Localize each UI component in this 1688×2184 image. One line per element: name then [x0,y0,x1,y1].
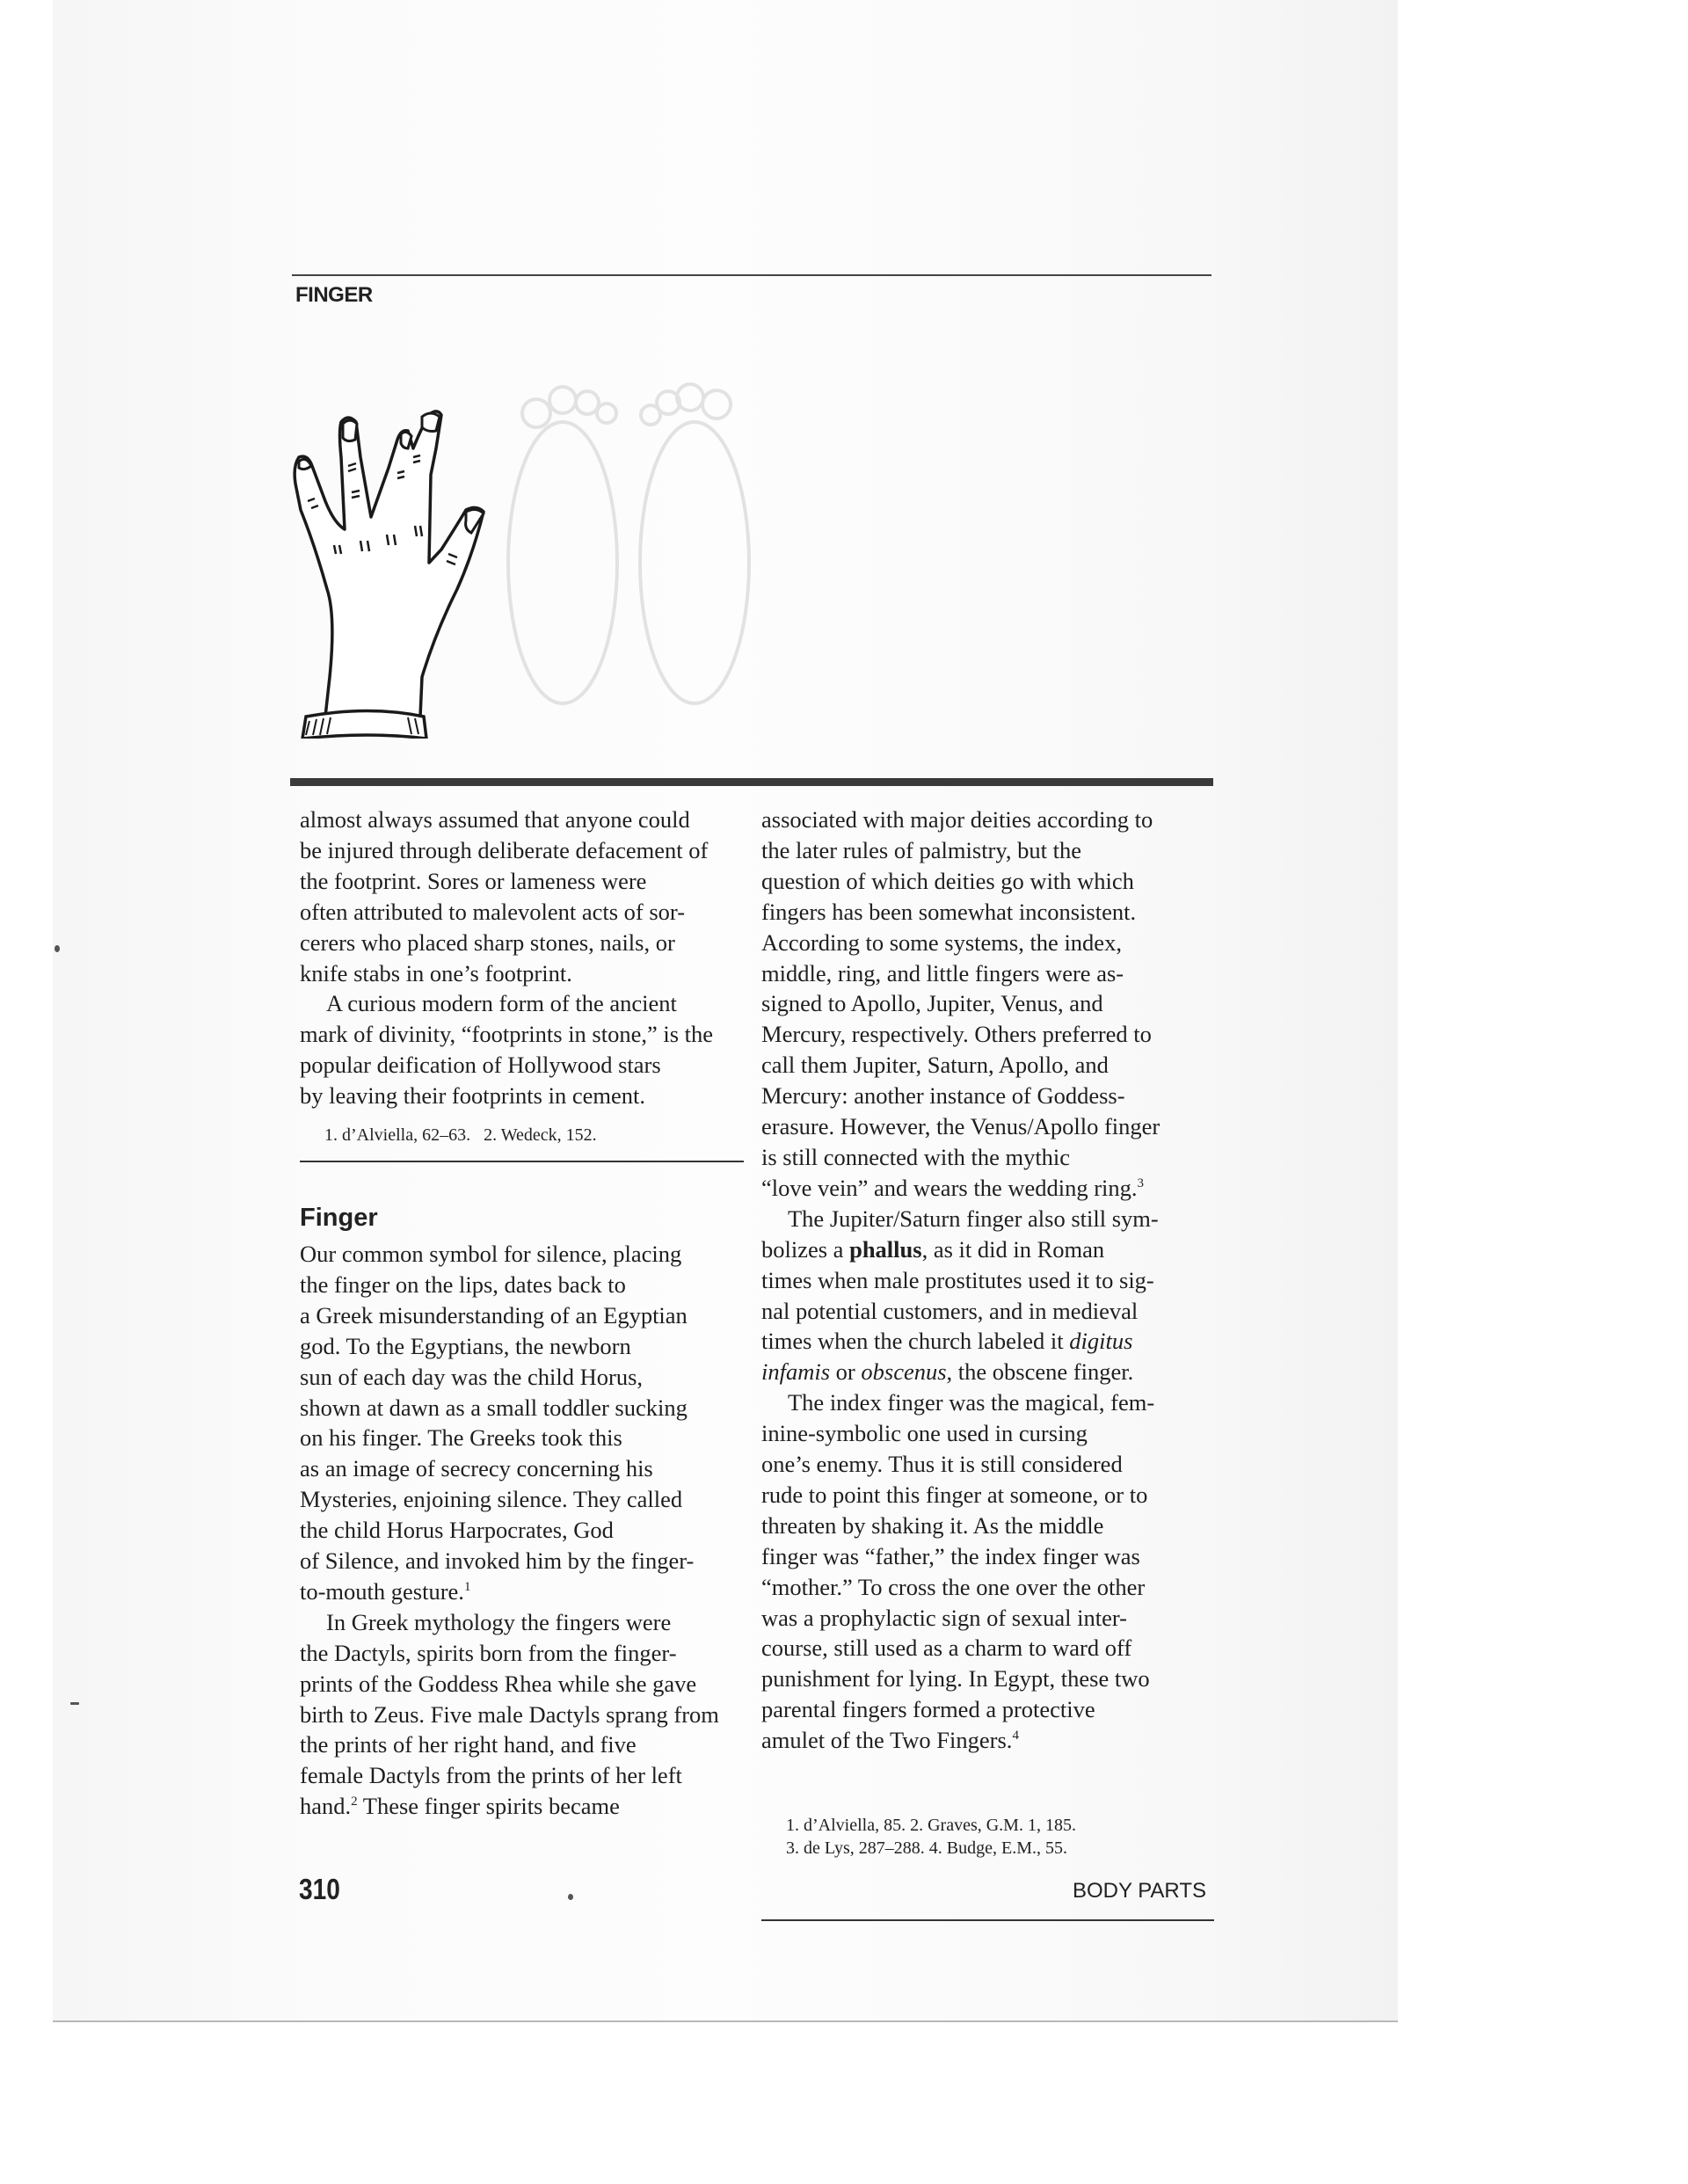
text-line: amulet of the Two Fingers.4 [761,1725,1214,1756]
text-line: as an image of secrecy concerning his [300,1453,744,1484]
scan-speck [568,1894,573,1900]
text-line: call them Jupiter, Saturn, Apollo, and [761,1050,1214,1081]
text-fragment: times when the church labeled it [761,1328,1069,1354]
text-line: the prints of her right hand, and five [300,1729,744,1760]
left-column: almost always assumed that anyone could … [300,804,744,1822]
text-line: the later rules of palmistry, but the [761,835,1214,866]
text-line: In Greek mythology the fingers were [300,1607,744,1638]
text-line: by leaving their footprints in cement. [300,1081,744,1111]
text-line: sun of each day was the child Horus, [300,1362,744,1393]
text-line: rude to point this finger at someone, or… [761,1480,1214,1511]
text-line: fingers has been somewhat inconsistent. [761,897,1214,928]
entry-heading: Finger [300,1203,744,1234]
text-line: threaten by shaking it. As the middle [761,1511,1214,1541]
text-line: one’s enemy. Thus it is still considered [761,1449,1214,1480]
text-line: associated with major deities according … [761,804,1214,835]
text-line: female Dactyls from the prints of her le… [300,1760,744,1791]
text-line: shown at dawn as a small toddler sucking [300,1393,744,1423]
text-fragment: “love vein” and wears the wedding ring. [761,1175,1138,1201]
running-head: FINGER [295,283,373,308]
text-line: Mercury, respectively. Others preferred … [761,1019,1214,1050]
text-line: course, still used as a charm to ward of… [761,1633,1214,1663]
section-divider-rule [290,778,1213,786]
text-line: prints of the Goddess Rhea while she gav… [300,1669,744,1700]
text-line: Our common symbol for silence, placing [300,1239,744,1270]
text-line: to-mouth gesture.1 [300,1576,744,1607]
paragraph: In Greek mythology the fingers were the … [300,1607,744,1822]
text-line: birth to Zeus. Five male Dactyls sprang … [300,1700,744,1730]
text-line: almost always assumed that anyone could [300,804,744,835]
text-line: finger was “father,” the index finger wa… [761,1541,1214,1572]
text-line: of Silence, and invoked him by the finge… [300,1546,744,1576]
text-line: The index finger was the magical, fem- [761,1387,1214,1418]
text-line: mark of divinity, “footprints in stone,”… [300,1019,744,1050]
page-number: 310 [299,1873,340,1906]
bold-cross-reference: phallus [849,1236,922,1263]
text-line: middle, ring, and little fingers were as… [761,958,1214,989]
latin-term: obscenus [861,1358,946,1385]
footnote-line: 3. de Lys, 287–288. 4. Budge, E.M., 55. [786,1837,1214,1860]
text-line: bolizes a phallus, as it did in Roman [761,1234,1214,1265]
text-line: Mysteries, enjoining silence. They calle… [300,1484,744,1515]
paragraph: associated with major deities according … [761,804,1214,1204]
footnote-ref: 2 [351,1795,358,1809]
text-line: The Jupiter/Saturn finger also still sym… [761,1204,1214,1234]
paragraph: The Jupiter/Saturn finger also still sym… [761,1204,1214,1387]
text-line: the finger on the lips, dates back to [300,1270,744,1300]
text-fragment: hand. [300,1793,351,1819]
hand-illustration [290,325,519,739]
footnote-ref: 1 [464,1580,471,1594]
text-line: “mother.” To cross the one over the othe… [761,1572,1214,1603]
header-rule [292,274,1211,276]
text-fragment: , as it did in Roman [922,1236,1105,1263]
latin-term: infamis [761,1358,830,1385]
text-line: god. To the Egyptians, the newborn [300,1331,744,1362]
text-fragment: or [830,1358,861,1385]
text-line: hand.2 These finger spirits became [300,1791,744,1822]
text-line: was a prophylactic sign of sexual inter- [761,1603,1214,1634]
text-line: Mercury: another instance of Goddess- [761,1081,1214,1111]
text-fragment: bolizes a [761,1236,849,1263]
paragraph: A curious modern form of the ancient mar… [300,988,744,1111]
text-line: erasure. However, the Venus/Apollo finge… [761,1111,1214,1142]
text-fragment: amulet of the Two Fingers. [761,1727,1012,1753]
text-line: popular deification of Hollywood stars [300,1050,744,1081]
text-line: nal potential customers, and in medieval [761,1296,1214,1327]
text-line: punishment for lying. In Egypt, these tw… [761,1663,1214,1694]
text-line: on his finger. The Greeks took this [300,1423,744,1453]
text-line: be injured through deliberate defacement… [300,835,744,866]
text-line: the footprint. Sores or lameness were [300,866,744,897]
scan-speck [70,1702,79,1705]
scan-speck [55,945,60,952]
text-line: parental fingers formed a protective [761,1694,1214,1725]
footnote-line: 1. d’Alviella, 85. 2. Graves, G.M. 1, 18… [786,1814,1214,1837]
text-line: “love vein” and wears the wedding ring.3 [761,1173,1214,1204]
text-line: times when male prostitutes used it to s… [761,1265,1214,1296]
text-line: infamis or obscenus, the obscene finger. [761,1357,1214,1387]
latin-term: digitus [1069,1328,1132,1354]
footnotes-rule [761,1919,1214,1921]
text-fragment: These finger spirits became [358,1793,620,1819]
text-line: cerers who placed sharp stones, nails, o… [300,928,744,958]
text-line: the child Horus Harpocrates, God [300,1515,744,1546]
paragraph: Our common symbol for silence, placing t… [300,1239,744,1607]
text-line: a Greek misunderstanding of an Egyptian [300,1300,744,1331]
text-line: A curious modern form of the ancient [300,988,744,1019]
footprints-show-through-image [492,352,774,730]
text-line: the Dactyls, spirits born from the finge… [300,1638,744,1669]
text-line: knife stabs in one’s footprint. [300,958,744,989]
text-line: is still connected with the mythic [761,1142,1214,1173]
footnotes-rule [300,1161,744,1162]
text-fragment: , the obscene finger. [947,1358,1134,1385]
text-line: inine-symbolic one used in cursing [761,1418,1214,1449]
footnote-ref: 3 [1138,1176,1145,1190]
paragraph: The index finger was the magical, fem- i… [761,1387,1214,1756]
text-fragment: to-mouth gesture. [300,1578,464,1605]
text-line: question of which deities go with which [761,866,1214,897]
text-line: often attributed to malevolent acts of s… [300,897,744,928]
section-footer: BODY PARTS [1073,1879,1206,1904]
paragraph: almost always assumed that anyone could … [300,804,744,988]
text-line: According to some systems, the index, [761,928,1214,958]
footnotes: 1. d’Alviella, 62–63. 2. Wedeck, 152. [300,1124,744,1147]
right-column: associated with major deities according … [761,804,1214,1921]
footnote-ref: 4 [1012,1729,1019,1743]
text-line: signed to Apollo, Jupiter, Venus, and [761,988,1214,1019]
text-line: times when the church labeled it digitus [761,1326,1214,1357]
